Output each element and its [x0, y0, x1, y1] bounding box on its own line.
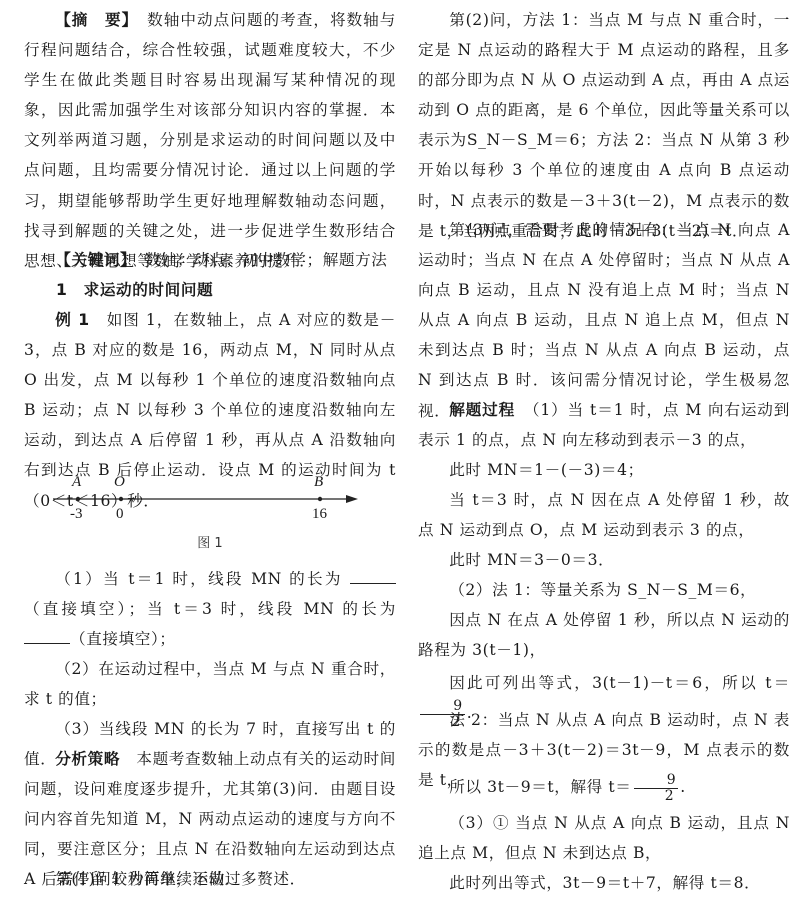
keywords-paragraph: 【关键词】 数轴；动点；初中数学；解题方法: [24, 245, 396, 275]
answer-blank-2[interactable]: [24, 629, 70, 644]
solution-2-equation-2-text: 所以 3t－9＝t，解得 t＝: [449, 778, 631, 796]
point-a-label: A: [72, 474, 81, 491]
fraction-9-over-2-b: 92: [634, 773, 679, 804]
abstract-paragraph: 【摘 要】 数轴中动点问题的考查，将数轴与行程问题结合，综合性较强，试题难度较大…: [24, 5, 396, 276]
abstract-text: 数轴中动点问题的考查，将数轴与行程问题结合，综合性较强，试题难度较大，不少学生在…: [24, 11, 396, 270]
question-1: （1）当 t＝1 时，线段 MN 的长为 （直接填空）；当 t＝3 时，线段 M…: [24, 564, 396, 654]
point-a-value: -3: [70, 506, 83, 523]
answer-blank-1[interactable]: [350, 569, 396, 584]
solution-1-result-b: 此时 MN＝3－0＝3．: [418, 545, 790, 575]
fraction-denominator-b: 2: [634, 789, 679, 804]
example-label: 例 1: [55, 311, 90, 329]
solution-1-case-t3: 当 t＝3 时，点 N 因在点 A 处停留 1 秒，故点 N 运动到点 O，点 …: [418, 485, 790, 545]
point-b-label: B: [314, 474, 323, 491]
solution-2-equation-2: 所以 3t－9＝t，解得 t＝92.: [418, 772, 790, 804]
abstract-label: 【摘 要】: [55, 11, 130, 29]
section-heading: 1 求运动的时间问题: [24, 275, 396, 305]
solution-2-path: 因点 N 在点 A 处停留 1 秒，所以点 N 运动的路程为 3(t－1)，: [418, 605, 790, 665]
question-1-part-a: （1）当 t＝1 时，线段 MN 的长为: [55, 570, 343, 588]
point-o-value: 0: [116, 506, 124, 523]
solution-3-equation: 此时列出等式，3t－9＝t＋7，解得 t＝8．: [418, 868, 790, 898]
solution-label: 解题过程: [449, 401, 515, 419]
solution-2-equation-1-text: 因此可列出等式，3(t－1)－t＝6，所以 t＝: [449, 674, 790, 692]
solution-2-method-1: （2）法 1：等量关系为 S_N－S_M＝6，: [418, 575, 790, 605]
keywords-text: 数轴；动点；初中数学；解题方法: [145, 251, 388, 269]
analysis-label: 分析策略: [55, 750, 120, 768]
q2-method-text: 第(2)问，方法 1：当点 M 与点 N 重合时，一定是 N 点运动的路程大于 …: [418, 11, 790, 149]
section-title: 求运动的时间问题: [84, 281, 214, 299]
figure-caption: 图 1: [24, 532, 396, 551]
section-number: 1: [56, 281, 67, 299]
point-b-value: 16: [312, 506, 327, 523]
question-1-note: 第(1)问较为简单，不做过多赘述．: [24, 864, 396, 894]
number-line-figure: A O B -3 0 16 图 1: [24, 470, 396, 555]
question-2: （2）在运动过程中，当点 M 与点 N 重合时，求 t 的值；: [24, 654, 396, 714]
solution-1-result-a: 此时 MN＝1－(－3)＝4；: [418, 455, 790, 485]
question-1-part-c: （直接填空）；: [70, 630, 176, 648]
q2-method-paragraph: 第(2)问，方法 1：当点 M 与点 N 重合时，一定是 N 点运动的路程大于 …: [418, 5, 790, 246]
point-o-label: O: [114, 474, 125, 491]
keywords-label: 【关键词】: [55, 251, 128, 269]
fraction-numerator-b: 9: [634, 773, 679, 789]
solution-3-case-1: （3）① 当点 N 从点 A 向点 B 运动，且点 N 追上点 M，但点 N 未…: [418, 808, 790, 868]
question-1-part-b: （直接填空）；当 t＝3 时，线段 MN 的长为: [24, 600, 396, 618]
q2-equation: S_N－S_M＝6: [467, 131, 580, 149]
solution-paragraph-1: 解题过程 （1）当 t＝1 时，点 M 向右运动到表示 1 的点，点 N 向左移…: [418, 395, 790, 455]
